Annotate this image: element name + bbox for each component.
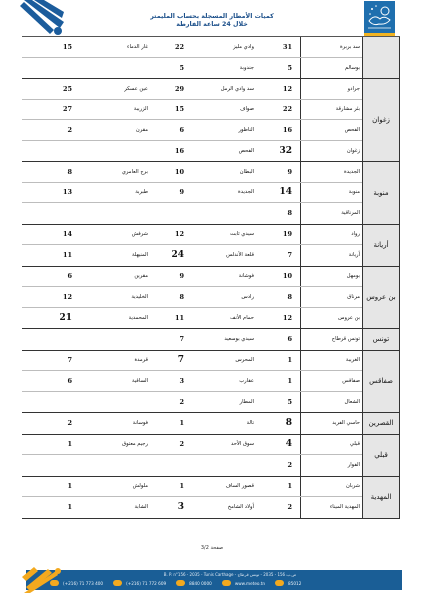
contact-web[interactable]: www.meteo.tn [222,580,265,586]
station-name: زغوان [300,141,362,162]
rainfall-value: 16 [154,147,192,155]
rainfall-value: 1 [154,419,192,427]
rainfall-value: 12 [22,293,76,301]
table-row: رواد19سيدي ثابت12شرفش14 [22,225,362,246]
rainfall-value: 24 [154,250,192,260]
station-name: قصور الساف [192,483,260,489]
rainfall-value: 7 [260,251,300,259]
station-name: سيدي ثابت [192,231,260,237]
report-title: كميات الأمطار المسجلة بحساب المليمتر خلا… [100,13,324,28]
institute-logo [364,1,395,39]
station-name: عقارب [192,378,260,384]
station-name: قلعة الأندلس [192,252,260,258]
station-name: الغريبة [300,351,362,371]
station-name: مقرن [76,127,154,133]
governorate-label: القصرين [362,413,400,434]
table-row: صفاقس1عقارب3الساقية6 [22,371,362,392]
station-rows: تونس قرطاج6سيدي بوسعيد7 [22,329,362,350]
table-row: المهدية الميناء2أولاد الشامخ3الشابة1 [22,497,362,518]
station-name: جرادو [300,79,362,99]
station-name: فوسانة [76,420,154,426]
station-name: سد بربرة [300,37,362,57]
rainfall-value: 6 [22,377,76,385]
contact-phone-text: (+216) 71 773 400 [63,581,103,586]
governorate-label: تونس [362,329,400,350]
station-name: الساقية [76,378,154,384]
rainfall-value: 2 [154,440,192,448]
station-name: المطار [192,399,260,405]
title-line-1: كميات الأمطار المسجلة بحساب المليمتر [100,13,324,21]
rainfall-value: 2 [154,398,192,406]
governorate-group: سد بربرة31وادي مليز22غار الدماء15بوسالم5… [22,37,400,79]
table-row: الشعال5المطار2 [22,392,362,413]
table-row: مرناق8رادس8الخليدية12 [22,287,362,308]
governorate-group: صفاقسالغريبة1المحرس7قرمدة7صفاقس1عقارب3ال… [22,351,400,414]
station-name: مرناق [300,287,362,307]
rainfall-value: 27 [22,105,76,113]
station-name: شربان [300,477,362,497]
rainfall-value: 32 [260,146,300,156]
table-row: حاسي الفريد8تالة1فوسانة2 [22,413,362,434]
table-row: زغوان32الفحص16 [22,141,362,162]
stripes-logo-icon [20,0,64,36]
station-name: المحمدية [76,315,154,321]
rainfall-value: 5 [260,398,300,406]
station-name: حاسي الفريد [300,413,362,434]
station-name: قبلي [300,435,362,455]
governorate-label: المهدية [362,477,400,518]
rainfall-value: 14 [260,187,300,197]
fax-icon [113,580,122,586]
station-rows: حاسي الفريد8تالة1فوسانة2 [22,413,362,434]
rainfall-value: 1 [22,440,76,448]
table-row: الغريبة1المحرس7قرمدة7 [22,351,362,372]
station-rows: سد بربرة31وادي مليز22غار الدماء15بوسالم5… [22,37,362,78]
station-name: البطان [192,169,260,175]
rainfall-value: 3 [154,502,192,512]
station-name: المرناقية [300,203,362,224]
station-name: الجديدة [300,162,362,182]
station-name: الشعال [300,392,362,413]
station-name: الزريبة [76,106,154,112]
rainfall-value: 10 [260,272,300,280]
footer-address: B. P. n°156 - 2035 - Tunis Carthage - ص.… [60,572,400,577]
governorate-group: أريانةرواد19سيدي ثابت12شرفش14أريانة7قلعة… [22,225,400,267]
rainfall-value: 2 [260,461,300,469]
rainfall-value: 31 [260,43,300,51]
rainfall-value: 15 [22,43,76,51]
table-row: الجديدة9البطان10برج العامري8 [22,162,362,183]
table-row: قبلي4سوق الأحد2رجيم معتوق1 [22,435,362,456]
page-number: صفحة 3/2 [0,545,424,551]
rainfall-value: 10 [154,168,192,176]
rainfall-value: 8 [260,209,300,217]
rainfall-value: 1 [260,482,300,490]
station-name: الجديدة [192,189,260,195]
station-name: طبربة [76,189,154,195]
station-name: غار الدماء [76,44,154,50]
rainfall-value: 19 [260,230,300,238]
rainfall-value: 5 [154,64,192,72]
governorate-group: قبليقبلي4سوق الأحد2رجيم معتوق1الفوار2 [22,435,400,477]
rainfall-value: 7 [154,355,192,365]
governorate-group: زغوانجرادو12سد وادي الرمل29عين عسكر25بئر… [22,79,400,162]
rainfall-value: 15 [154,105,192,113]
station-name: سوق الأحد [192,441,260,447]
station-name: بومهل [300,267,362,287]
station-name: الفوار [300,455,362,476]
table-row: الفحص16الناظور6مقرن2 [22,120,362,141]
station-name: صفاقس [300,371,362,391]
rainfall-value: 29 [154,85,192,93]
governorate-label: صفاقس [362,351,400,413]
station-name: وادي مليز [192,44,260,50]
governorate-group: القصرينحاسي الفريد8تالة1فوسانة2 [22,413,400,435]
rainfall-value: 11 [22,251,76,259]
station-name: تالة [192,420,260,426]
contact-fax-text: (+216) 71 772 609 [126,581,166,586]
footer-stripes-icon [20,563,64,593]
station-name: قرمدة [76,357,154,363]
rainfall-value: 8 [260,418,300,428]
station-name: حمام الأنف [192,315,260,321]
rainfall-value: 12 [260,85,300,93]
station-name: منوبة [300,183,362,203]
rainfall-value: 16 [260,126,300,134]
table-row: المرناقية8 [22,203,362,224]
contact-phone: (+216) 71 773 400 [50,580,103,586]
rainfall-value: 8 [154,293,192,301]
rainfall-value: 8 [22,168,76,176]
rainfall-value: 2 [22,419,76,427]
station-name: سد وادي الرمل [192,86,260,92]
rainfall-table: سد بربرة31وادي مليز22غار الدماء15بوسالم5… [22,37,400,519]
station-name: رادس [192,294,260,300]
rainfall-value: 1 [260,377,300,385]
contact-sms-text: 85012 [288,581,301,586]
station-name: سيدي بوسعيد [192,336,260,342]
governorate-label: بن عروس [362,267,400,329]
rainfall-value: 6 [260,335,300,343]
rainfall-value: 1 [22,503,76,511]
web-icon [222,580,231,586]
governorate-group: تونستونس قرطاج6سيدي بوسعيد7 [22,329,400,351]
rainfall-value: 12 [154,230,192,238]
rainfall-value: 3 [154,377,192,385]
footer-contacts: (+216) 71 773 400 (+216) 71 772 609 8840… [50,580,311,586]
governorate-label: زغوان [362,79,400,161]
station-name: برج العامري [76,169,154,175]
station-rows: الجديدة9البطان10برج العامري8منوبة14الجدي… [22,162,362,224]
station-name: المنيهلة [76,252,154,258]
station-name: الناظور [192,127,260,133]
rainfall-value: 7 [154,335,192,343]
station-name: ملولش [76,483,154,489]
weather-emblem-icon [364,1,395,33]
station-name: فوشانة [192,273,260,279]
table-row: جرادو12سد وادي الرمل29عين عسكر25 [22,79,362,100]
station-name: جندوبة [192,65,260,71]
station-name: أريانة [300,245,362,266]
rainfall-value: 1 [260,356,300,364]
station-name: رجيم معتوق [76,441,154,447]
rainfall-value: 5 [260,64,300,72]
table-row: الفوار2 [22,455,362,476]
station-name: المحرس [192,357,260,363]
governorate-group: بن عروسبومهل10فوشانة9مقرين6مرناق8رادس8ال… [22,267,400,330]
station-name: أولاد الشامخ [192,504,260,510]
station-name: الفحص [300,120,362,140]
station-rows: بومهل10فوشانة9مقرين6مرناق8رادس8الخليدية1… [22,267,362,329]
table-row: منوبة14الجديدة9طبربة13 [22,183,362,204]
station-rows: جرادو12سد وادي الرمل29عين عسكر25بئر مشار… [22,79,362,161]
station-name: رواد [300,225,362,245]
station-name: الخليدية [76,294,154,300]
rainfall-value: 7 [22,356,76,364]
station-name: عين عسكر [76,86,154,92]
station-name: شرفش [76,231,154,237]
governorate-label: منوبة [362,162,400,224]
governorate-label [362,37,400,78]
station-rows: شربان1قصور الساف1ملولش1المهدية الميناء2أ… [22,477,362,518]
rainfall-value: 13 [22,188,76,196]
station-name: بئر مشارقة [300,100,362,120]
station-name: تونس قرطاج [300,329,362,350]
rainfall-value: 8 [260,293,300,301]
rainfall-value: 9 [154,272,192,280]
rainfall-value: 1 [154,482,192,490]
station-name: مقرين [76,273,154,279]
sms-icon [275,580,284,586]
rainfall-value: 22 [154,43,192,51]
table-row: تونس قرطاج6سيدي بوسعيد7 [22,329,362,350]
rainfall-value: 9 [154,188,192,196]
contact-sms: 85012 [275,580,301,586]
station-name: الشابة [76,504,154,510]
call-icon [176,580,185,586]
phone-icon [50,580,59,586]
table-row: بئر مشارقة22صواف15الزريبة27 [22,100,362,121]
governorate-label: أريانة [362,225,400,266]
station-rows: الغريبة1المحرس7قرمدة7صفاقس1عقارب3الساقية… [22,351,362,413]
rainfall-value: 2 [260,503,300,511]
rainfall-value: 25 [22,85,76,93]
governorate-group: منوبةالجديدة9البطان10برج العامري8منوبة14… [22,162,400,225]
title-line-2: خلال 24 ساعة الفارطة [100,21,324,29]
station-name: صواف [192,106,260,112]
station-name: بن عروس [300,308,362,329]
rainfall-value: 11 [154,314,192,322]
rainfall-value: 1 [22,482,76,490]
rainfall-value: 12 [260,314,300,322]
rainfall-value: 21 [22,313,76,323]
rainfall-value: 2 [22,126,76,134]
governorate-label: قبلي [362,435,400,476]
contact-call-text: 8840 0000 [189,581,212,586]
station-name: المهدية الميناء [300,497,362,518]
rainfall-value: 6 [154,126,192,134]
contact-web-link[interactable]: www.meteo.tn [235,581,265,586]
table-row: شربان1قصور الساف1ملولش1 [22,477,362,498]
table-row: بومهل10فوشانة9مقرين6 [22,267,362,288]
table-row: أريانة7قلعة الأندلس24المنيهلة11 [22,245,362,266]
rainfall-value: 14 [22,230,76,238]
contact-fax: (+216) 71 772 609 [113,580,166,586]
contact-call: 8840 0000 [176,580,212,586]
rainfall-value: 22 [260,105,300,113]
station-name: بوسالم [300,58,362,79]
rainfall-value: 9 [260,168,300,176]
rainfall-value: 6 [22,272,76,280]
table-row: بن عروس12حمام الأنف11المحمدية21 [22,308,362,329]
table-row: سد بربرة31وادي مليز22غار الدماء15 [22,37,362,58]
table-row: بوسالم5جندوبة5 [22,58,362,79]
governorate-group: المهديةشربان1قصور الساف1ملولش1المهدية ال… [22,477,400,519]
station-rows: رواد19سيدي ثابت12شرفش14أريانة7قلعة الأند… [22,225,362,266]
rainfall-value: 4 [260,439,300,449]
station-name: الفحص [192,148,260,154]
station-rows: قبلي4سوق الأحد2رجيم معتوق1الفوار2 [22,435,362,476]
